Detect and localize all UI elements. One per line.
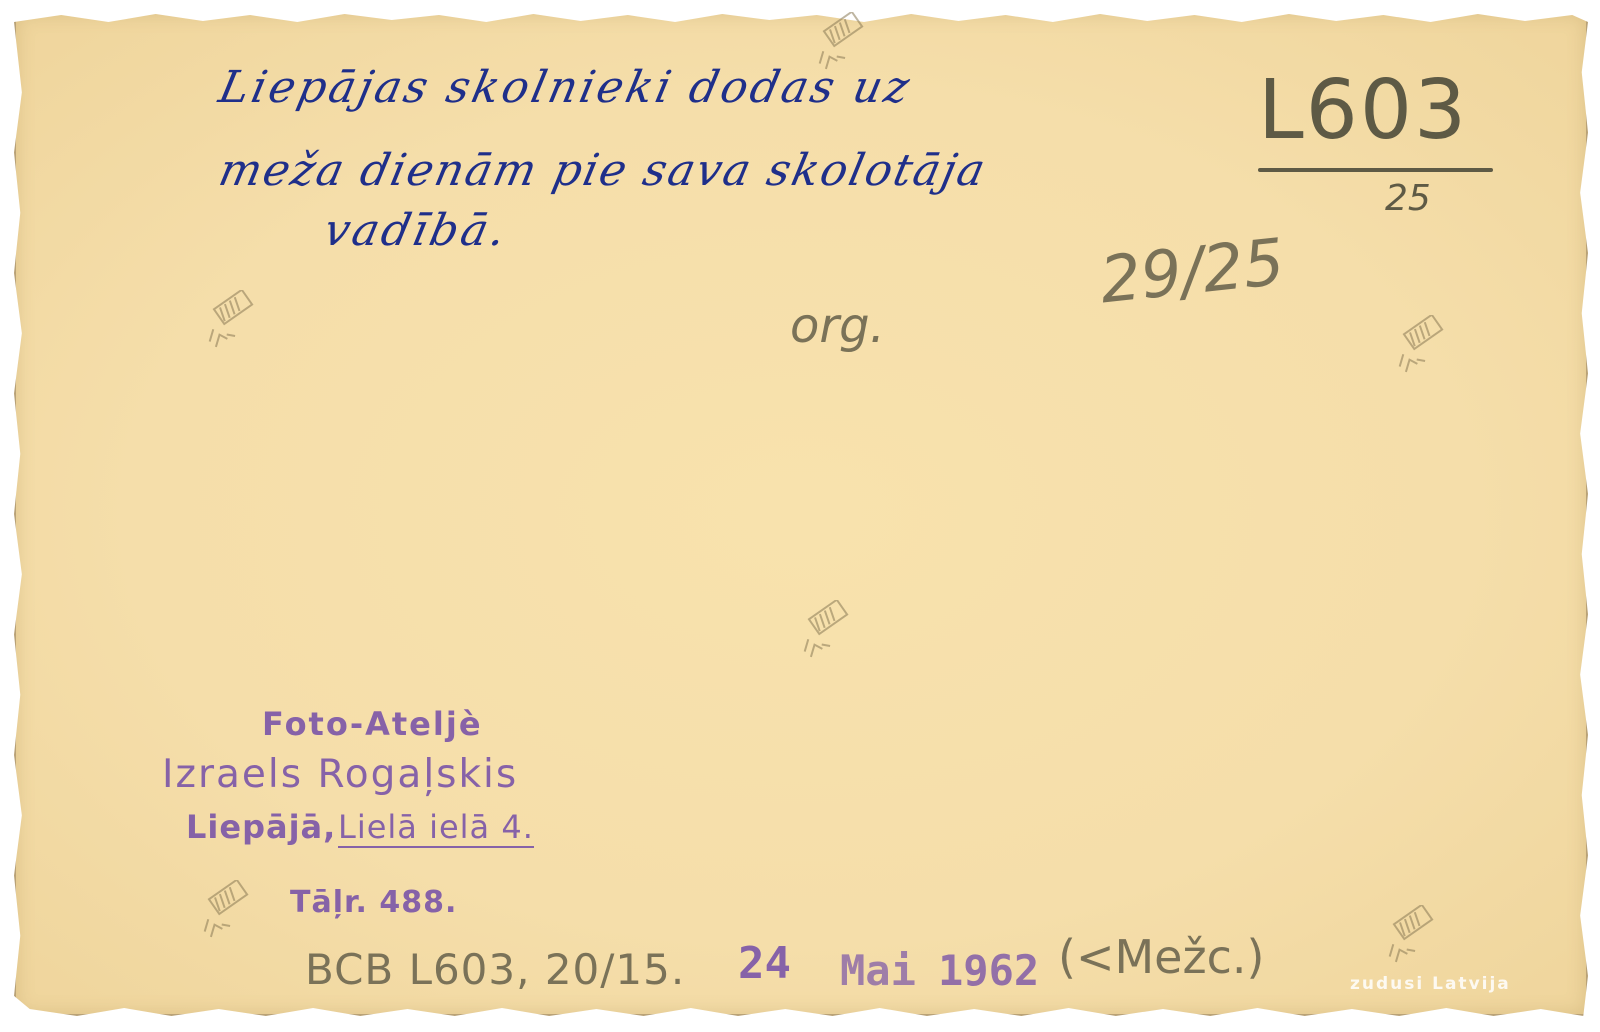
pencil-location-note: (<Mežc.) [1058,930,1264,984]
embossed-mark-icon [790,600,860,660]
catalog-sub-number: 25 [1385,178,1431,219]
studio-stamp-city: Liepājā, [186,808,336,846]
embossed-mark-icon [190,880,260,940]
studio-stamp-title: Foto-Ateljè [262,705,483,743]
catalog-fraction-line [1258,168,1493,172]
studio-stamp-name: Izraels Rogaļskis [162,752,518,797]
caption-line-3: vadībā. [320,205,514,256]
embossed-mark-icon [805,12,875,72]
caption-line-2: meža dienām pie sava skolotāja [215,145,992,196]
date-stamp-year: 1962 [938,946,1039,995]
embossed-mark-icon [1375,905,1445,965]
catalog-number: L603 [1258,70,1468,152]
studio-stamp-address: Lielā ielā 4. [338,808,534,848]
embossed-mark-icon [1385,315,1455,375]
date-stamp-month: Mai [840,946,916,995]
site-watermark: zudusi Latvija [1350,974,1511,994]
date-stamp-day: 24 [738,938,791,989]
embossed-mark-icon [195,290,265,350]
pencil-archive-reference: BCB L603, 20/15. [305,945,685,994]
pencil-org-note: org. [790,298,885,354]
studio-stamp-phone: Tāļr. 488. [290,885,457,920]
